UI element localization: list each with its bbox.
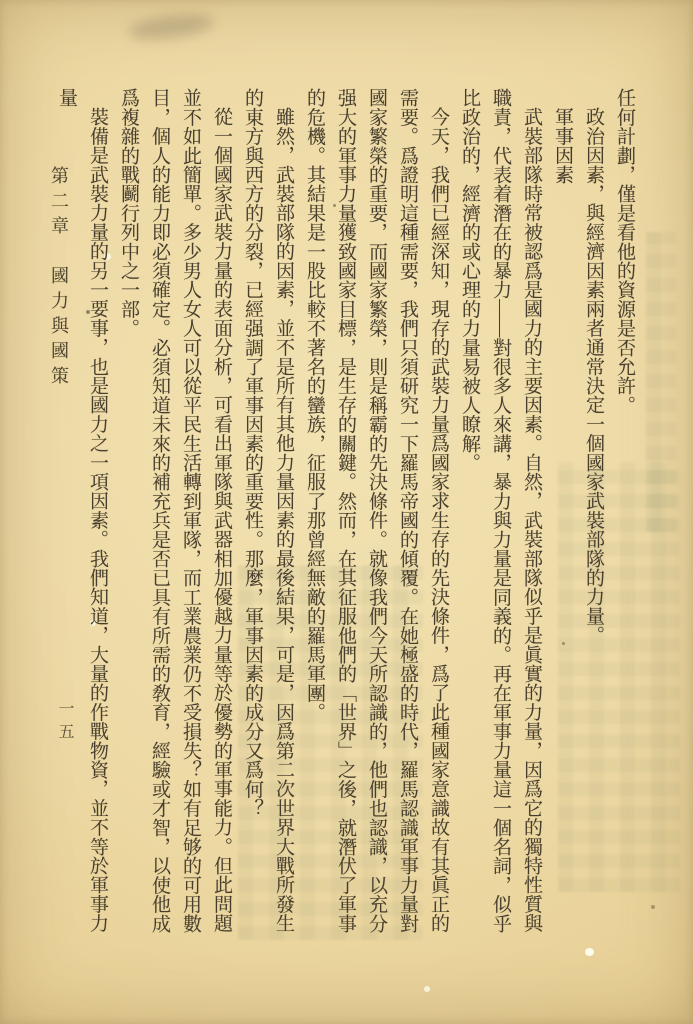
paper-speck [651,905,655,909]
page-number: 一五 [53,700,76,746]
body-paragraph: 今天，我們已經深知，現存的武裝力量爲國家求生存的先決條件，爲了此種國家意識故有其… [299,88,454,948]
body-paragraph: 從一個國家武裝力量的表面分析，可看出軍隊與武器相加優越力量等於優勢的軍事能力。但… [113,88,237,948]
body-paragraph: 政治因素，與經濟因素兩者通常決定一個國家武裝部隊的力量。 [578,88,609,948]
paper-speck [424,986,430,992]
bleed-through-texture [646,232,676,532]
chapter-running-header: 第二章 國力與國策 [46,166,72,391]
paper-stain [127,11,215,43]
body-paragraph: 任何計劃，僅是看他的資源是否允許。 [609,88,640,948]
scanned-book-page: 任何計劃，僅是看他的資源是否允許。政治因素，與經濟因素兩者通常決定一個國家武裝部… [0,0,693,1024]
body-paragraph: 雖然，武裝部隊的因素，並不是所有其他力量因素的最後結果，可是，因爲第二次世界大戰… [237,88,299,948]
body-text-flow: 任何計劃，僅是看他的資源是否允許。政治因素，與經濟因素兩者通常決定一個國家武裝部… [78,88,640,948]
body-paragraph: 武裝部隊時常被認爲是國力的主要因素。自然，武裝部隊似乎是眞實的力量，因爲它的獨特… [454,88,547,948]
section-heading: 軍事因素 [547,88,578,948]
paper-speck [585,948,594,956]
